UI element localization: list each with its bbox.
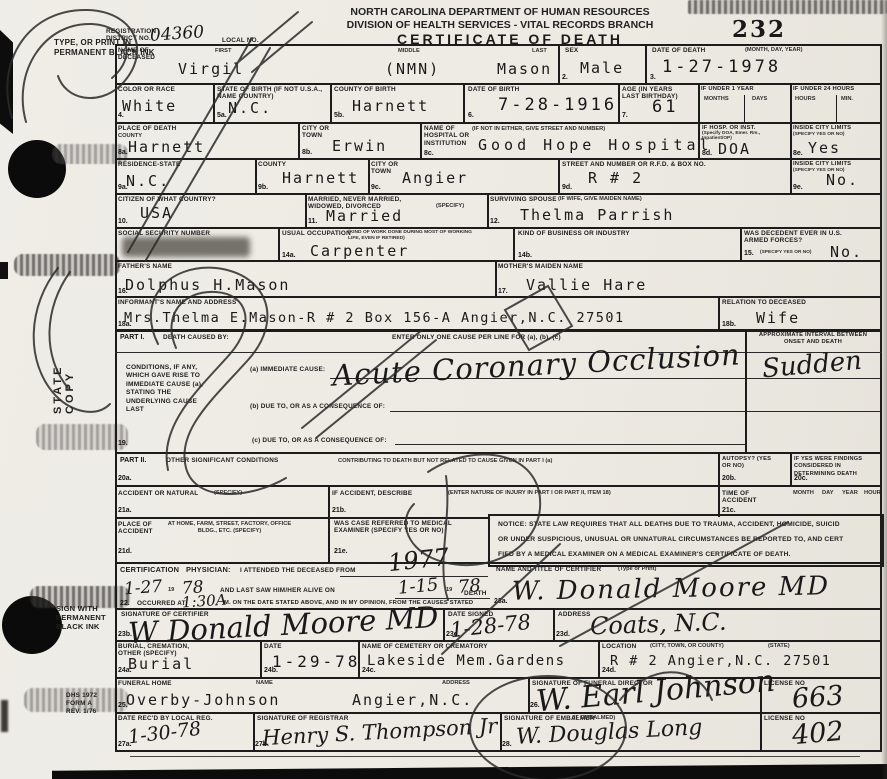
- armed-forces-value: No.: [830, 244, 863, 260]
- accident-sub: (SPECIFY): [214, 490, 242, 497]
- field-number: 20c.: [794, 475, 808, 482]
- field-number: 9a.: [118, 184, 128, 191]
- printed-19: 19: [168, 587, 174, 594]
- divider: [260, 640, 262, 677]
- cause-b-label: (b) DUE TO, OR AS A CONSEQUENCE OF:: [250, 403, 385, 410]
- field-number: 10.: [118, 218, 128, 225]
- funeral-home-value: Overby-Johnson: [126, 692, 280, 708]
- date-of-birth-label: DATE OF BIRTH: [468, 86, 519, 93]
- middle-name-label: MIDDLE: [398, 48, 420, 55]
- citizen-label: CITIZEN OF WHAT COUNTRY?: [118, 196, 216, 203]
- min-col-label: MIN.: [841, 96, 853, 103]
- divider: [213, 83, 215, 122]
- divider: [836, 95, 837, 122]
- field-number: 21d.: [118, 548, 132, 555]
- field-number: 5b.: [334, 112, 344, 119]
- accident-describe-label: IF ACCIDENT, DESCRIBE: [332, 490, 412, 497]
- registration-district-value: 04360: [149, 22, 204, 46]
- cemetery-label: NAME OF CEMETERY OR CREMATORY: [362, 643, 488, 650]
- divider: [115, 158, 882, 160]
- sex-value: Male: [580, 60, 624, 76]
- name-of-deceased-label: NAME OF DECEASED: [118, 47, 164, 62]
- father-label: FATHER'S NAME: [118, 263, 172, 270]
- field-number: 6.: [468, 112, 474, 119]
- divider: [790, 452, 792, 485]
- divider: [718, 296, 720, 329]
- header-dept: NORTH CAROLINA DEPARTMENT OF HUMAN RESOU…: [240, 6, 760, 18]
- field-number: 8c.: [424, 150, 434, 157]
- field-number: 20a.: [118, 475, 132, 482]
- divider: [790, 158, 792, 193]
- pod-city-label: CITY OR TOWN: [302, 125, 334, 140]
- field-number: 8d.: [702, 150, 712, 157]
- printed-19: 19: [446, 587, 452, 594]
- hospital-label: NAME OF HOSPITAL OR INSTITUTION: [424, 125, 470, 147]
- scan-edge-shading: [881, 0, 887, 779]
- funeral-home-address-value: Angier,N.C.: [352, 692, 473, 708]
- res-street-label: STREET AND NUMBER OR R.F.D. & BOX NO.: [562, 161, 706, 168]
- first-name-label: FIRST: [215, 48, 231, 55]
- divider: [115, 193, 882, 195]
- part2-label: OTHER SIGNIFICANT CONDITIONS: [166, 457, 278, 464]
- field-number: 21e.: [334, 548, 348, 555]
- field-number: 8a.: [118, 149, 128, 156]
- field-number: 9c.: [371, 184, 381, 191]
- certification-title: CERTIFICATION: [120, 566, 179, 573]
- pod-city-limits-sub: (SPECIFY YES OR NO): [793, 132, 845, 139]
- divider: [558, 44, 560, 83]
- certification-occurred: OCCURRED AT: [137, 600, 186, 607]
- part1-conditions-note: CONDITIONS, IF ANY, WHICH GAVE RISE TO I…: [126, 364, 214, 414]
- certifier-value: W. Donald Moore MD: [512, 571, 831, 607]
- divider: [115, 44, 882, 46]
- res-state-label: RESIDENCE-STATE: [118, 161, 180, 168]
- spouse-label: SURVIVING SPOUSE: [490, 196, 557, 203]
- sex-label: SEX: [565, 47, 578, 54]
- relation-value: Wife: [756, 310, 800, 326]
- divider: [115, 750, 882, 752]
- part2-sub: CONTRIBUTING TO DEATH BUT NOT RELATED TO…: [338, 458, 552, 465]
- write-line: [390, 411, 880, 412]
- hw-attended-year: 1977: [387, 543, 451, 577]
- state-of-birth-value: N.C.: [228, 100, 272, 116]
- marital-sub: (SPECIFY): [436, 203, 464, 210]
- cemetery-location-sub: (CITY, TOWN, OR COUNTY): [650, 643, 724, 650]
- divider: [553, 608, 555, 640]
- divider: [745, 329, 747, 452]
- notice-line2: OR UNDER SUSPICIOUS, UNUSUAL OR UNNATURA…: [498, 536, 843, 543]
- county-of-birth-value: Harnett: [352, 98, 429, 114]
- autopsy-label: AUTOPSY? (YES OR NO): [722, 456, 780, 471]
- pod-city-value: Erwin: [332, 138, 387, 154]
- hours-col-label: HOURS: [795, 96, 816, 103]
- hosp-type-value: DOA: [718, 141, 751, 157]
- scan-edge-mark-top-left: [0, 30, 13, 134]
- field-number: 14b.: [518, 252, 532, 259]
- hw-time-of-death: 1:30A: [181, 590, 227, 611]
- armed-forces-sub: (SPECIFY YES OR NO): [760, 250, 812, 257]
- informant-label: INFORMANT'S NAME AND ADDRESS: [118, 299, 236, 306]
- license-value: 402: [791, 716, 845, 751]
- middle-name-value: (NMN): [385, 61, 440, 77]
- place-of-death-label: PLACE OF DEATH: [118, 125, 176, 132]
- certifier-label: NAME AND TITLE OF CERTIFIER: [496, 566, 601, 573]
- field-number: 8b.: [302, 149, 312, 156]
- industry-label: KIND OF BUSINESS OR INDUSTRY: [518, 230, 630, 237]
- divider: [115, 296, 882, 298]
- res-county-value: Harnett: [282, 170, 359, 186]
- certification-attended: I ATTENDED THE DECEASED FROM: [240, 567, 356, 574]
- informant-value: Mrs.Thelma E.Mason-R # 2 Box 156-A Angie…: [124, 310, 625, 326]
- res-county-label: COUNTY: [258, 161, 286, 168]
- field-number: 5a.: [217, 112, 227, 119]
- divider: [330, 83, 332, 122]
- divider: [698, 83, 700, 122]
- divider: [115, 83, 882, 85]
- divider: [487, 193, 489, 227]
- burial-value: Burial: [128, 656, 194, 672]
- divider: [115, 485, 882, 487]
- field-number: 9b.: [258, 184, 268, 191]
- divider: [328, 517, 330, 562]
- divider: [645, 44, 647, 83]
- divider: [718, 485, 720, 517]
- field-number: 20b.: [722, 475, 736, 482]
- field-number: 21c.: [722, 507, 736, 514]
- notice-line1: NOTICE: STATE LAW REQUIRES THAT ALL DEAT…: [498, 521, 840, 528]
- certifier-address-label: ADDRESS: [558, 611, 591, 618]
- divider: [115, 260, 882, 262]
- cause-c-label: (c) DUE TO, OR AS A CONSEQUENCE OF:: [252, 437, 387, 444]
- field-number: 8e.: [793, 150, 803, 157]
- margin-state-copy: STATE COPY: [52, 318, 76, 414]
- divider: [740, 227, 742, 260]
- divider: [760, 712, 762, 750]
- field-number: 28.: [502, 741, 512, 748]
- accident-label: ACCIDENT OR NATURAL: [118, 490, 198, 497]
- place-of-death-value: Harnett: [128, 139, 205, 155]
- field-number: 17.: [498, 288, 508, 295]
- license-value: 663: [791, 680, 845, 715]
- county-of-birth-label: COUNTY OF BIRTH: [334, 86, 396, 93]
- divider: [115, 122, 882, 124]
- pod-city-limits-value: Yes: [808, 140, 841, 156]
- burial-date-label: DATE: [264, 643, 282, 650]
- med-examiner-label: WAS CASE REFERRED TO MEDICAL EXAMINER (S…: [334, 520, 474, 535]
- part2-heading: PART II.: [120, 457, 146, 464]
- cause-a-value: Acute Coronary Occlusion: [331, 337, 741, 392]
- race-label: COLOR OR RACE: [118, 86, 175, 93]
- occupation-value: Carpenter: [310, 243, 409, 259]
- age-value: 61: [652, 98, 678, 116]
- field-number: 23b.: [118, 631, 132, 638]
- divider: [278, 227, 280, 260]
- res-state-value: N.C.: [126, 173, 170, 189]
- field-number: 23c.: [446, 631, 460, 638]
- field-number: 11.: [308, 218, 317, 225]
- cemetery-location-label: LOCATION: [602, 643, 637, 650]
- days-col-label: DAYS: [752, 96, 767, 103]
- field-number: 21a.: [118, 507, 132, 514]
- field-number: 21b.: [332, 507, 346, 514]
- funeral-home-label: FUNERAL HOME: [118, 680, 172, 687]
- scan-edge-tick: [0, 262, 8, 279]
- part1-heading: PART I.: [120, 334, 144, 341]
- field-number: 19.: [118, 440, 128, 447]
- certification-last-saw: AND LAST SAW HIM/HER ALIVE ON: [220, 587, 335, 594]
- mother-label: MOTHER'S MAIDEN NAME: [498, 263, 583, 270]
- part1-instruction: ENTER ONLY ONE CAUSE PER LINE FOR (a), (…: [392, 334, 561, 341]
- field-number: 26.: [530, 702, 540, 709]
- field-number: 9d.: [562, 184, 572, 191]
- divider: [255, 158, 257, 193]
- res-street-value: R # 2: [588, 170, 643, 186]
- occupation-label: USUAL OCCUPATION: [282, 230, 351, 237]
- ssn-redaction: [122, 237, 250, 257]
- field-number: 18b.: [722, 321, 736, 328]
- under-24-hours-label: IF UNDER 24 HOURS: [793, 86, 854, 93]
- divider: [513, 227, 515, 260]
- field-number: 9e.: [793, 184, 803, 191]
- field-number: 12.: [490, 218, 500, 225]
- divider: [495, 260, 497, 296]
- margin-form-code-1: DHS 1972: [66, 692, 97, 699]
- date-of-death-value: 1-27-1978: [662, 58, 781, 76]
- field-number: 16.: [118, 288, 128, 295]
- spouse-sub: (IF WIFE, GIVE MAIDEN NAME): [558, 196, 642, 203]
- divider: [368, 158, 370, 193]
- date-of-death-sub: (MONTH, DAY, YEAR): [745, 47, 803, 54]
- field-number: 24c.: [362, 667, 376, 674]
- divider: [115, 517, 490, 519]
- divider: [558, 158, 560, 193]
- year-col-label: YEAR: [842, 490, 858, 497]
- certification-title2: PHYSICIAN:: [186, 566, 231, 573]
- field-number: 23d.: [556, 631, 570, 638]
- accident-place-label: PLACE OF ACCIDENT: [118, 521, 158, 536]
- date-of-birth-value: 7-28-1916: [498, 96, 617, 114]
- divider: [115, 608, 882, 610]
- months-col-label: MONTHS: [704, 96, 729, 103]
- certifier-sub: (Type or Print): [618, 566, 656, 573]
- field-number: 27a.: [118, 741, 132, 748]
- scan-bottom-bar: [52, 764, 887, 779]
- field-number: 14a.: [282, 252, 296, 259]
- field-number: 24a.: [118, 667, 132, 674]
- relation-label: RELATION TO DECEASED: [722, 299, 806, 306]
- first-name-value: Virgil: [178, 61, 244, 77]
- scan-edge-tick: [1, 700, 8, 732]
- field-number: 25.: [118, 702, 128, 709]
- field-number: 3.: [650, 74, 656, 81]
- under-1-year-label: IF UNDER 1 YEAR: [701, 86, 754, 93]
- divider: [115, 452, 882, 454]
- field-number: 4.: [118, 112, 124, 119]
- part1-label: DEATH CAUSED BY:: [163, 334, 229, 341]
- month-col-label: MONTH: [793, 490, 814, 497]
- hospital-sub: (IF NOT IN EITHER, GIVE STREET AND NUMBE…: [472, 126, 605, 133]
- divider: [420, 122, 422, 158]
- cemetery-location-sub2: (STATE): [768, 643, 790, 650]
- divider: [790, 83, 792, 122]
- cemetery-value: Lakeside Mem.Gardens: [367, 653, 566, 669]
- field-number: 2.: [562, 74, 568, 81]
- hour-col-label: HOUR: [864, 490, 881, 497]
- cemetery-location-value: R # 2 Angier,N.C. 27501: [610, 653, 831, 669]
- hospital-value: Good Hope Hospital: [478, 137, 713, 153]
- write-line: [395, 444, 745, 445]
- field-number: 18a.: [118, 321, 132, 328]
- divider: [298, 122, 300, 158]
- header-division: DIVISION OF HEALTH SERVICES - VITAL RECO…: [240, 19, 760, 31]
- race-value: White: [122, 98, 177, 114]
- divider: [463, 83, 465, 122]
- margin-smudge: [14, 254, 120, 276]
- divider: [744, 95, 745, 122]
- divider: [618, 83, 620, 122]
- divider: [598, 640, 600, 677]
- last-name-value: Mason: [497, 61, 552, 77]
- field-number: 27b.: [255, 741, 269, 748]
- divider: [718, 452, 720, 485]
- hw-last-date: 1-15: [397, 574, 439, 598]
- marital-value: Married: [326, 208, 403, 224]
- funeral-director-signature: W. Earl Johnson: [535, 664, 777, 720]
- margin-form-code-2: FORM A: [66, 700, 92, 707]
- divider: [328, 485, 330, 517]
- certifier-address-value: Coats, N.C.: [590, 608, 727, 641]
- accident-describe-sub: (ENTER NATURE OF INJURY IN PART I OR PAR…: [448, 490, 611, 497]
- divider: [790, 122, 792, 158]
- hw-from-date: 1-27: [123, 577, 163, 600]
- field-number: 24b.: [264, 667, 278, 674]
- divider: [115, 44, 117, 752]
- father-value: Dolphus H.Mason: [125, 277, 290, 293]
- certification-death-word: DEATH: [464, 590, 487, 597]
- interval-label: APPROXIMATE INTERVAL BETWEEN ONSET AND D…: [752, 332, 874, 347]
- occupation-sub: (KIND OF WORK DONE DURING MOST OF WORKIN…: [348, 230, 480, 241]
- last-name-label: LAST: [532, 48, 547, 55]
- day-col-label: DAY: [822, 490, 834, 497]
- page-number-stamp: 232: [732, 16, 786, 43]
- funeral-home-name-label: NAME: [256, 680, 273, 687]
- divider: [305, 193, 307, 227]
- divider: [115, 712, 882, 714]
- write-line: [395, 598, 490, 599]
- res-city-limits-value: No.: [826, 172, 859, 188]
- margin-form-code-3: REV. 1/76: [66, 708, 96, 715]
- spouse-value: Thelma Parrish: [520, 207, 674, 223]
- field-number: 22.: [120, 600, 130, 607]
- cause-a-label: (a) IMMEDIATE CAUSE:: [250, 366, 325, 373]
- field-number: 23a.: [494, 598, 508, 605]
- field-number: 15.: [744, 250, 754, 257]
- divider: [130, 756, 860, 757]
- res-city-value: Angier: [402, 170, 468, 186]
- citizen-value: USA: [140, 205, 173, 221]
- field-number: 24d.: [602, 667, 616, 674]
- notice-line3: FIED BY A MEDICAL EXAMINER ON A MEDICAL …: [498, 551, 791, 558]
- divider: [115, 227, 882, 229]
- divider: [443, 608, 445, 640]
- date-of-death-label: DATE OF DEATH: [652, 47, 705, 54]
- accident-time-label: TIME OF ACCIDENT: [722, 490, 772, 505]
- accident-place-sub: AT HOME, FARM, STREET, FACTORY, OFFICE B…: [162, 521, 297, 534]
- burial-date-value: 1-29-78: [272, 653, 360, 671]
- res-city-label: CITY OR TOWN: [371, 161, 403, 176]
- registrar-label: SIGNATURE OF REGISTRAR: [257, 715, 349, 722]
- mother-value: Vallie Hare: [526, 277, 647, 293]
- field-number: 7.: [622, 112, 628, 119]
- funeral-home-address-label: ADDRESS: [442, 680, 470, 687]
